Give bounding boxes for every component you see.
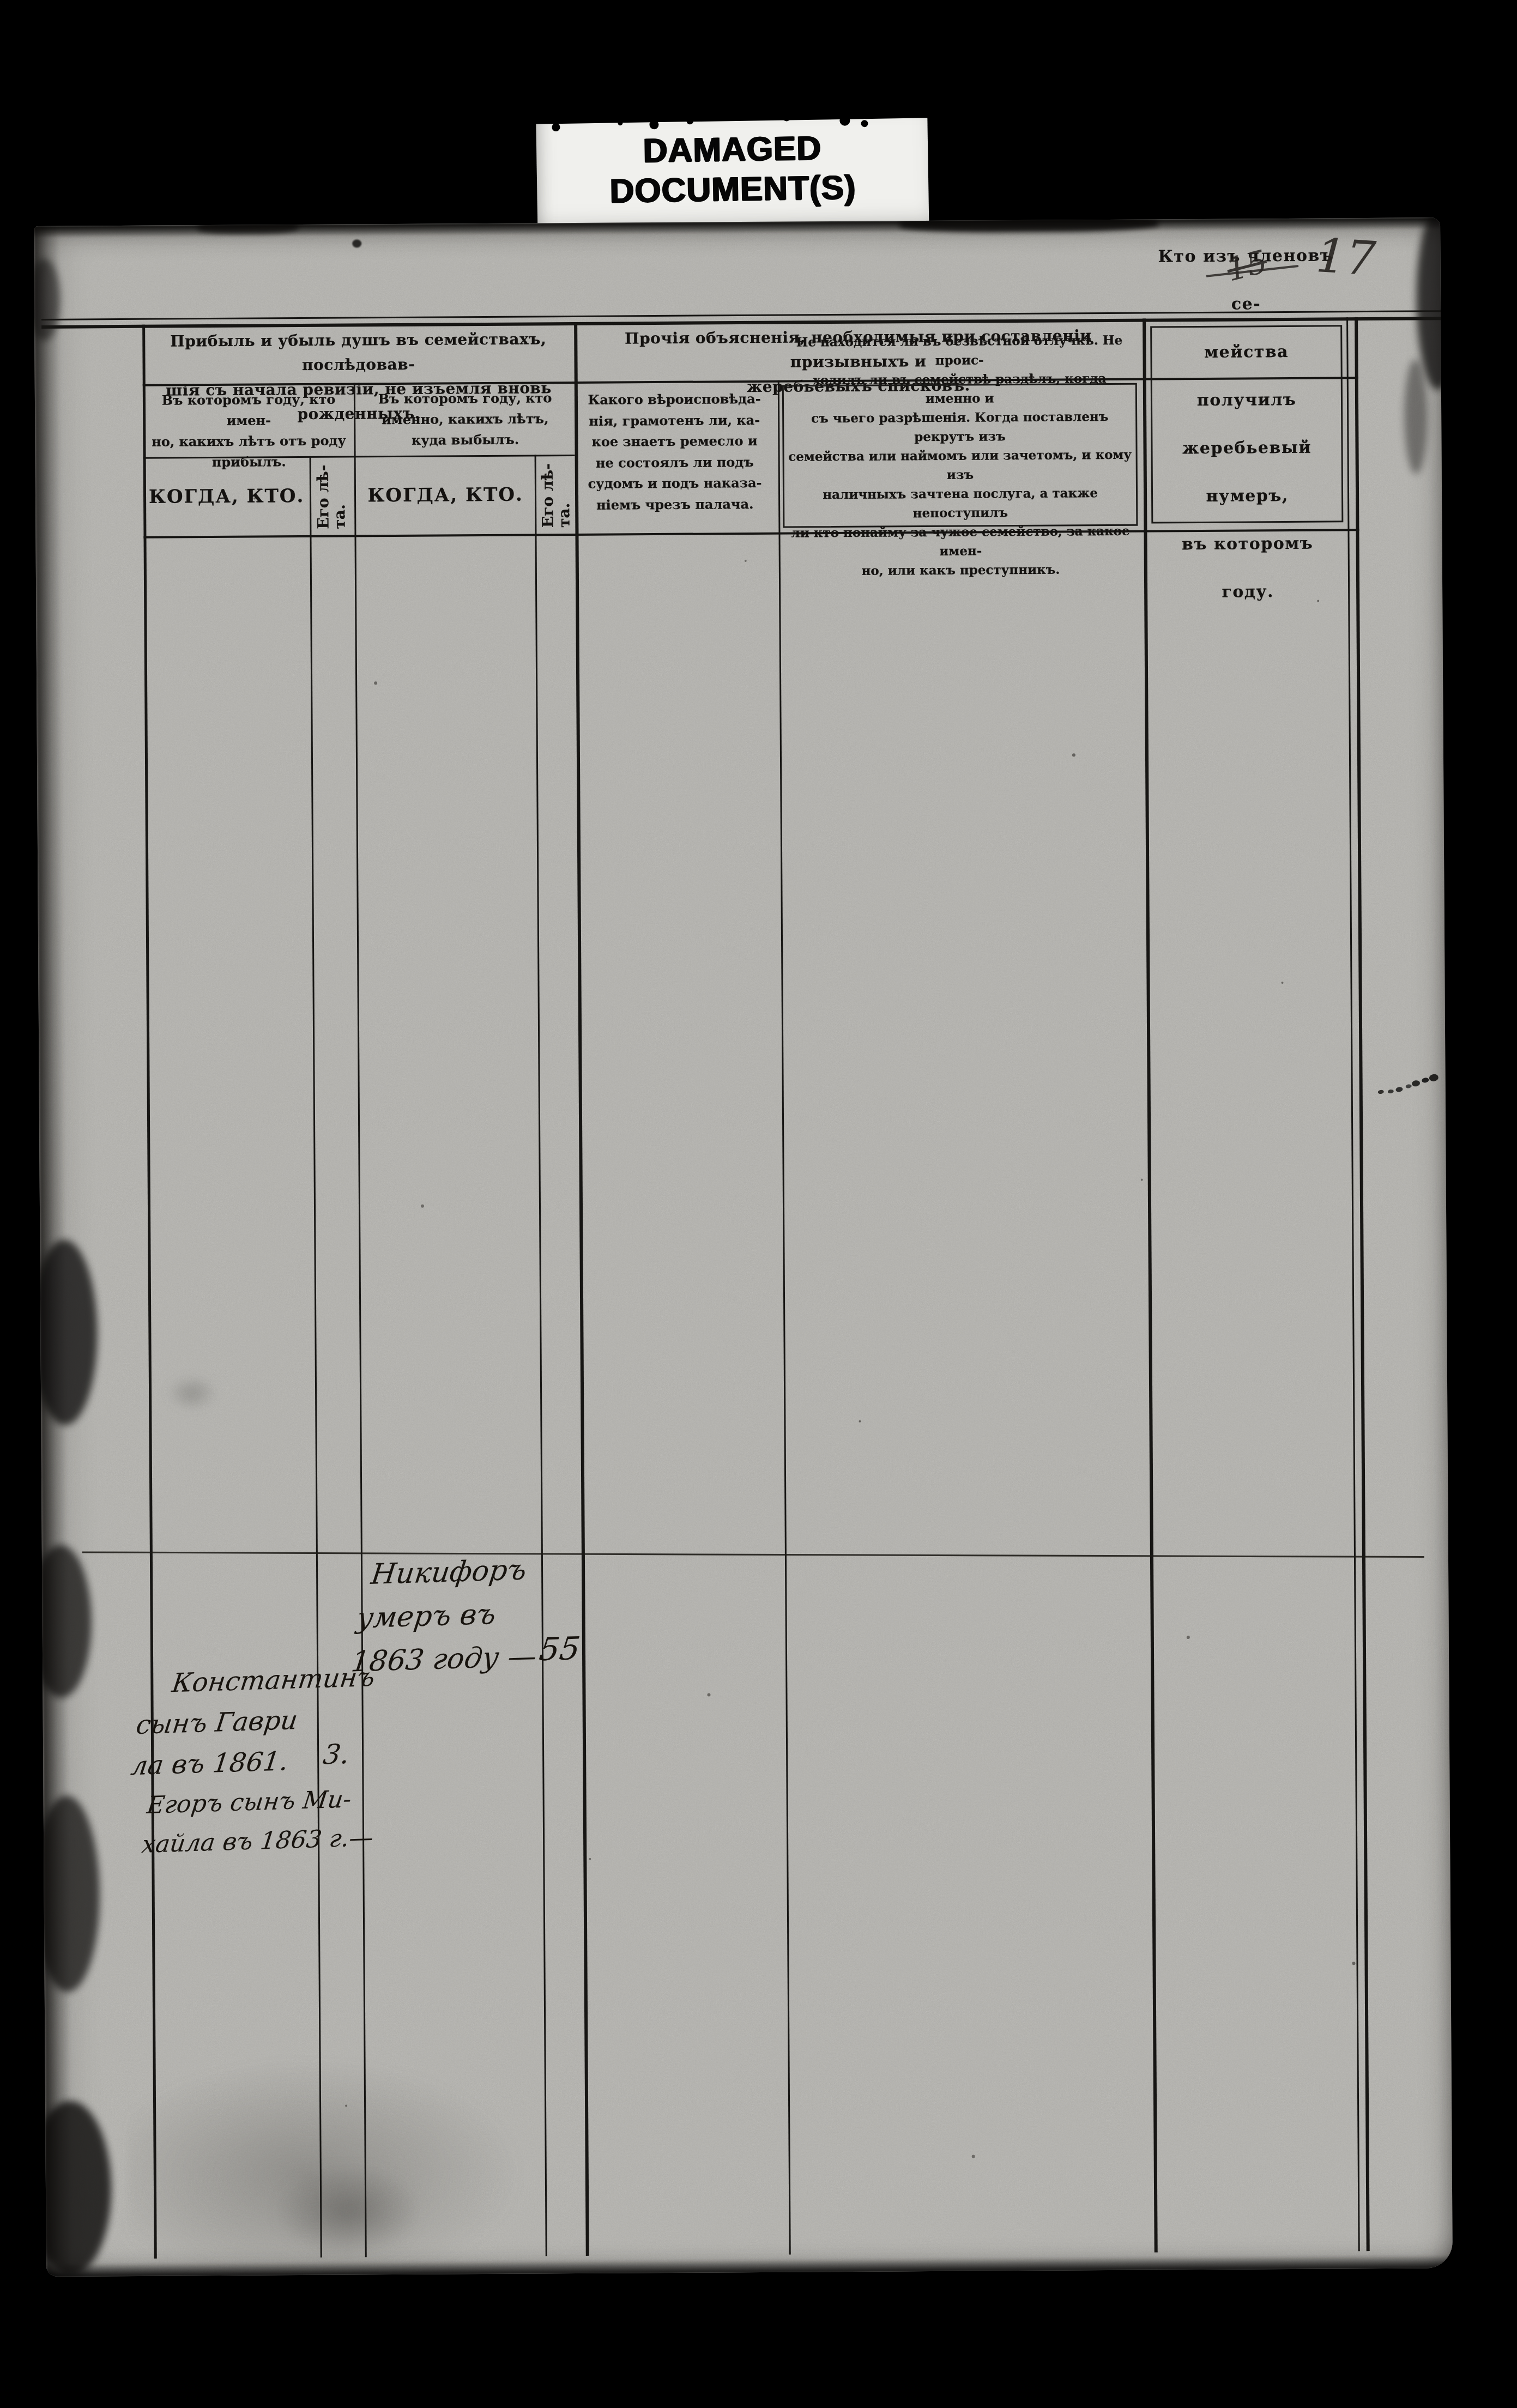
revision-table: Прибыль и убыль душъ въ семействахъ, пос…	[142, 317, 1370, 2259]
header-absence-subtitle: Не находится ли въ безвѣстной отлучкѣ. Н…	[783, 330, 1137, 580]
edge-stain	[34, 1545, 92, 1698]
header-when-who-arrived: КОГДА, КТО.	[143, 456, 310, 536]
ink-spot	[352, 239, 361, 247]
header-right-section-title: Кто изъ членовъ се- мейства получилъ жер…	[1151, 232, 1342, 616]
edge-stain	[34, 2101, 112, 2276]
damaged-card-line1: DAMAGED	[536, 118, 928, 172]
document-page: 15 17 Прибыль и убыль душъ въ семействах…	[34, 217, 1453, 2277]
header-absence-box: Не находится ли въ безвѣстной отлучкѣ. Н…	[782, 383, 1138, 528]
card-ink-specks	[618, 120, 622, 125]
col-divider-age1	[310, 456, 322, 2258]
edge-stain	[34, 1795, 100, 1992]
table-left-border	[142, 325, 157, 2259]
entry-arrived-age-1: 3.	[321, 1738, 351, 1770]
edge-stain	[34, 1239, 98, 1425]
header-departed-subtitle: Въ которомъ году, кто именно, какихъ лѣт…	[360, 388, 571, 451]
edge-stain	[1404, 359, 1428, 474]
section-divider-middle	[574, 322, 589, 2256]
entry-arrived-note-2: Егоръ сынъ Ми- хайла въ 1863 г.—	[140, 1779, 381, 1865]
damaged-document-card: DAMAGED DOCUMENT(S)	[536, 118, 929, 238]
scanner-background: DAMAGED DOCUMENT(S) 15	[0, 0, 1517, 2408]
top-edge-stain	[197, 220, 298, 234]
header-faith-subtitle: Какого вѣроисповѣда- нія, грамотенъ ли, …	[580, 389, 769, 516]
damaged-card-line2: DOCUMENT(S)	[537, 166, 929, 212]
header-right-section-box: Кто изъ членовъ се- мейства получилъ жер…	[1150, 325, 1343, 523]
entry-departed-age: 55	[537, 1630, 582, 1668]
col-divider-age2	[535, 455, 547, 2256]
margin-scribble-mark	[1377, 1090, 1384, 1094]
entry-departed-note: Никифоръ умеръ въ 1863 году —	[349, 1547, 551, 1684]
edge-stain	[1416, 217, 1453, 390]
header-when-who-departed: КОГДА, КТО.	[356, 455, 535, 535]
col-divider-absence	[778, 380, 791, 2255]
col-divider-departed	[354, 383, 367, 2257]
page-number-current: 17	[1314, 228, 1377, 287]
